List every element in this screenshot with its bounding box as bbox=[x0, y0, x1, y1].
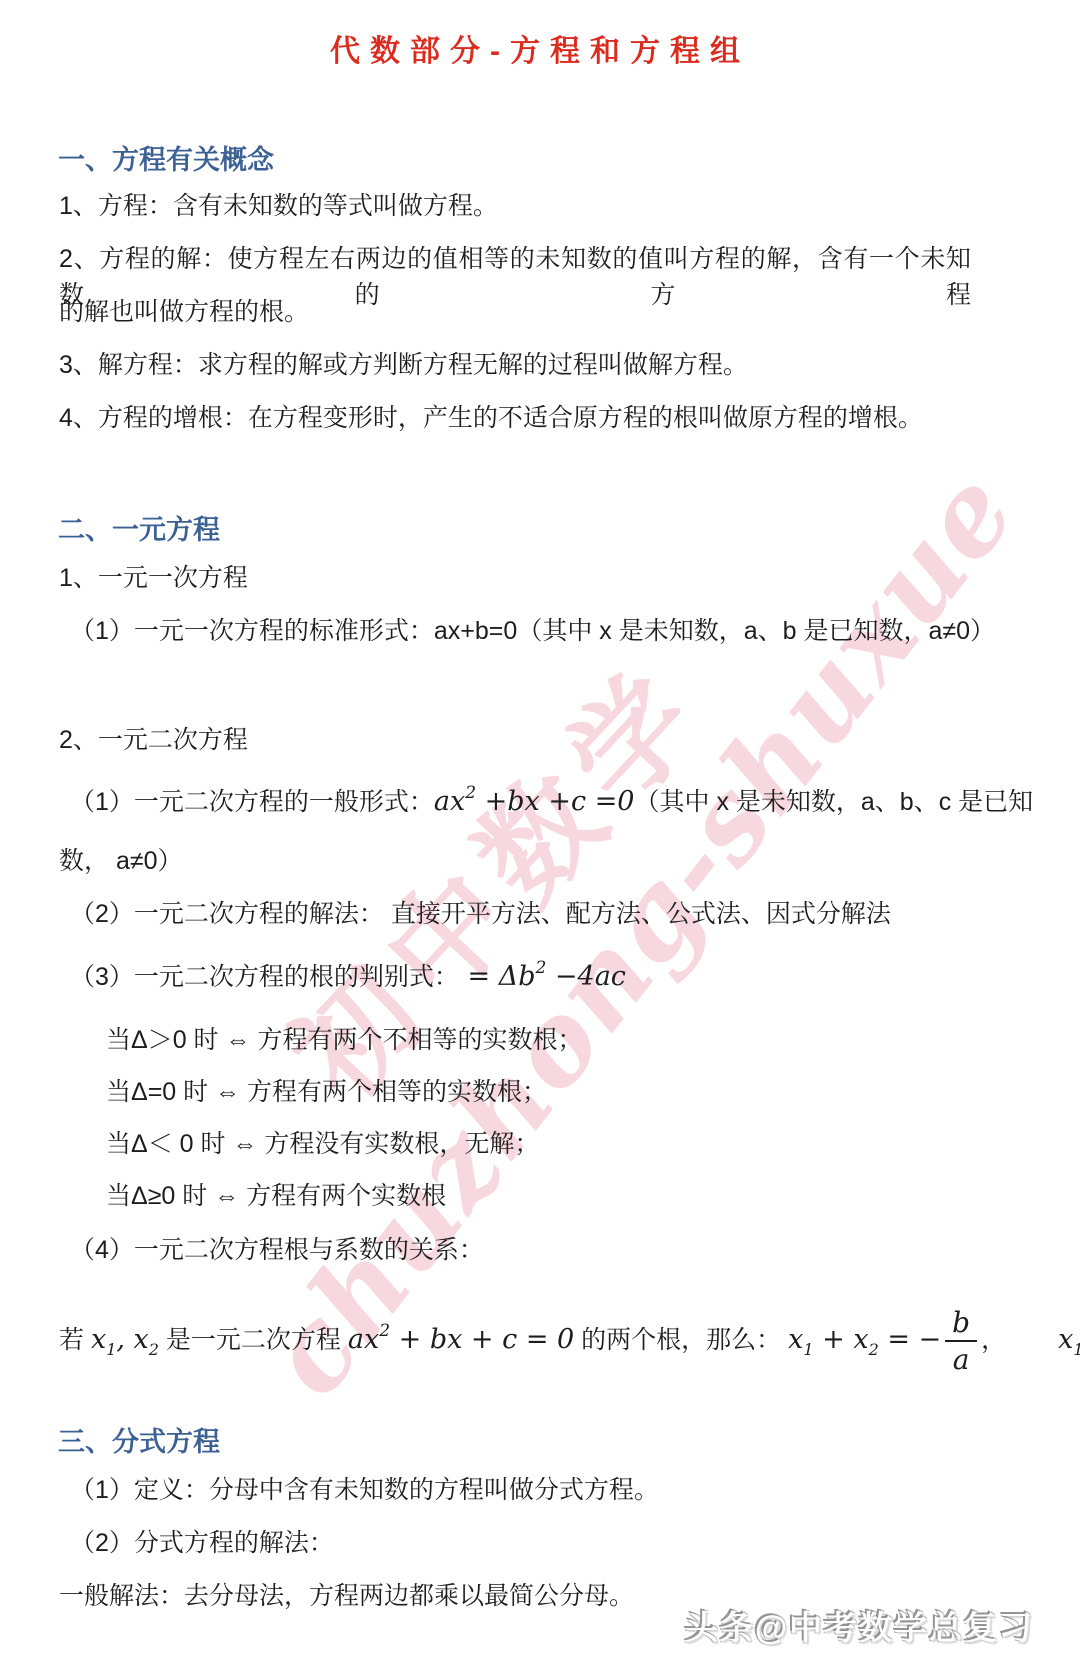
quadratic-general-form: （1）一元二次方程的一般形式：ax2 +bx +c =0（其中 x 是未知数，a… bbox=[70, 775, 1033, 820]
toutiao-credit: 头条@中考数学总复习 bbox=[685, 1602, 1034, 1649]
quadratic-equation-title: 2、一元二次方程 bbox=[59, 722, 248, 758]
subscript-2: 2 bbox=[869, 1340, 879, 1359]
quadratic-methods: （2）一元二次方程的解法： 直接开平方法、配方法、公式法、因式分解法 bbox=[70, 896, 891, 932]
subscript-1: 1 bbox=[1073, 1340, 1080, 1359]
sum-plus: + x bbox=[814, 1324, 869, 1355]
subscript-1: 1 bbox=[106, 1340, 116, 1359]
delta-case-1: 当Δ＞0 时 ⇔ 方程有两个不相等的实数根； bbox=[106, 1022, 582, 1058]
subscript-1: 1 bbox=[803, 1340, 813, 1359]
quadratic-discriminant: （3）一元二次方程的根的判别式： = Δb2 −4ac bbox=[70, 950, 626, 995]
var-x: x bbox=[788, 1324, 803, 1355]
delta-case-2: 当Δ=0 时 ⇔ 方程有两个相等的实数根； bbox=[106, 1074, 547, 1110]
var-x: x bbox=[91, 1324, 106, 1355]
section1-heading: 一、方程有关概念 bbox=[58, 138, 274, 177]
delta-case-4: 当Δ≥0 时 ⇔ 方程有两个实数根 bbox=[106, 1178, 446, 1214]
section3-heading: 三、分式方程 bbox=[58, 1420, 220, 1459]
general-form-label: （1）一元二次方程的一般形式： bbox=[70, 788, 434, 816]
fraction-eq-definition: （1）定义：分母中含有未知数的方程叫做分式方程。 bbox=[70, 1472, 659, 1508]
exponent-2: 2 bbox=[465, 783, 476, 803]
vieta-separator: ， bbox=[981, 1326, 1006, 1354]
watermark-latin: chuzhong-shuxue bbox=[241, 447, 1041, 1420]
math-delta-b: = Δb bbox=[459, 961, 536, 992]
vieta-post: 的两个根，那么： bbox=[574, 1326, 788, 1354]
poly-ax: ax bbox=[348, 1324, 379, 1355]
poly-rest: + bx + c = 0 bbox=[390, 1324, 574, 1355]
fraction-b-over-a: ba bbox=[945, 1308, 977, 1375]
vieta-mid: 是一元二次方程 bbox=[159, 1326, 348, 1354]
math-term-bx-c: +bx +c =0 bbox=[476, 786, 634, 817]
delta-case-3: 当Δ＜ 0 时 ⇔ 方程没有实数根，无解； bbox=[106, 1126, 539, 1162]
fraction-eq-methods: （2）分式方程的解法： bbox=[70, 1525, 334, 1561]
vieta-pre: 若 bbox=[59, 1326, 91, 1354]
vieta-title: （4）一元二次方程根与系数的关系： bbox=[70, 1232, 484, 1268]
definition-item-2-line2: 的解也叫做方程的根。 bbox=[59, 294, 309, 330]
definition-item-1: 1、方程：含有未知数的等式叫做方程。 bbox=[59, 188, 498, 224]
fraction-eq-general-method: 一般解法：去分母法，方程两边都乘以最简公分母。 bbox=[59, 1578, 634, 1614]
fraction-denominator: a bbox=[953, 1342, 970, 1374]
page-title: 代数部分-方程和方程组 bbox=[0, 26, 1080, 70]
comma: , bbox=[116, 1324, 133, 1355]
var-x: x bbox=[134, 1324, 149, 1355]
quadratic-general-form-cont: 数， a≠0） bbox=[59, 843, 182, 879]
vieta-formula-line: 若 x1, x2 是一元二次方程 ax2 + bx + c = 0 的两个根，那… bbox=[59, 1308, 1080, 1375]
var-x: x bbox=[1058, 1324, 1073, 1355]
math-minus-4ac: −4ac bbox=[546, 961, 626, 992]
definition-item-3: 3、解方程：求方程的解或方判断方程无解的过程叫做解方程。 bbox=[59, 347, 748, 383]
exponent-2: 2 bbox=[535, 958, 546, 978]
linear-equation-title: 1、一元一次方程 bbox=[59, 560, 248, 596]
linear-standard-form: （1）一元一次方程的标准形式：ax+b=0（其中 x 是未知数，a、b 是已知数… bbox=[70, 613, 995, 649]
section2-heading: 二、一元方程 bbox=[58, 508, 220, 547]
exponent-2: 2 bbox=[379, 1321, 390, 1341]
fraction-numerator: b bbox=[945, 1308, 977, 1342]
math-term-ax: ax bbox=[434, 786, 465, 817]
sum-equals: = − bbox=[879, 1324, 941, 1355]
subscript-2: 2 bbox=[149, 1340, 159, 1359]
definition-item-4: 4、方程的增根：在方程变形时，产生的不适合原方程的根叫做原方程的增根。 bbox=[59, 400, 923, 436]
general-form-tail: （其中 x 是未知数，a、b、c 是已知 bbox=[635, 788, 1034, 816]
document-page: 初中数学 chuzhong-shuxue 代数部分-方程和方程组 一、方程有关概… bbox=[0, 0, 1080, 1666]
discriminant-label: （3）一元二次方程的根的判别式： bbox=[70, 963, 459, 991]
